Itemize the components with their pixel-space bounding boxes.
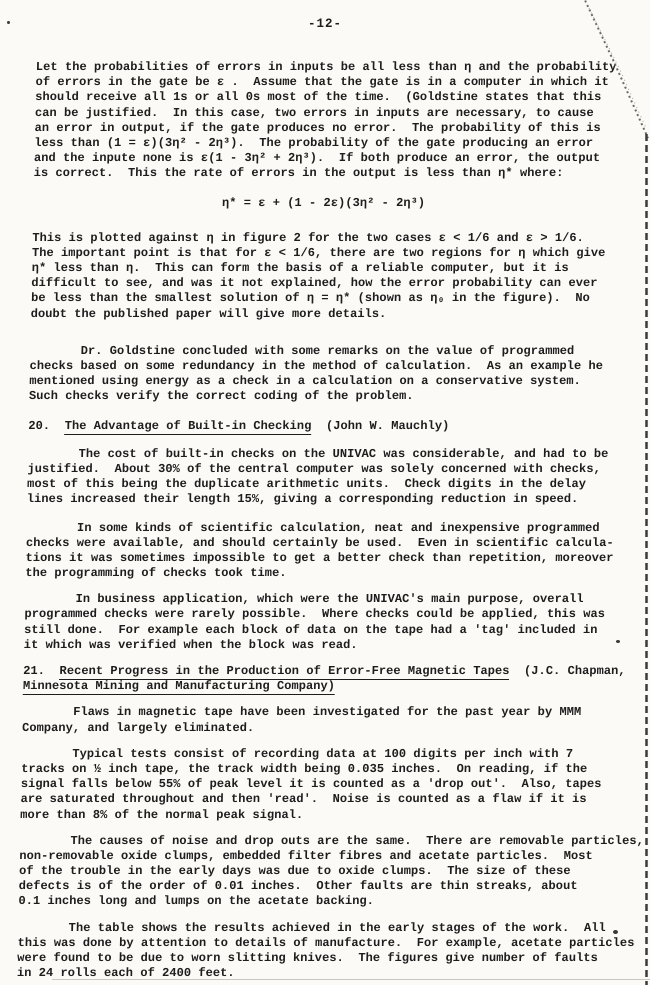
text-line: η* less than η. This can form the basis … <box>31 261 645 276</box>
document-page: -12- Let the probabilities of errors in … <box>0 0 650 985</box>
text-line: be less than the smallest solution of η … <box>31 291 645 306</box>
paragraph-block: Typical tests consist of recording data … <box>20 747 636 823</box>
text-line: signal falls below 55% of peak level it … <box>21 777 635 792</box>
heading-block: 21. Recent Progress in the Production of… <box>23 664 638 694</box>
text-line: less than (1 = ε)(3η² - 2η³). The probab… <box>34 136 648 151</box>
formula-line: η* = ε + (1 - 2ε)(3η² - 2η³) <box>33 196 614 211</box>
formula-block: η* = ε + (1 - 2ε)(3η² - 2η³) <box>33 196 647 211</box>
heading-plain-text: (J.C. Chapman, <box>509 664 625 678</box>
text-line: In business application, which were the … <box>25 592 639 607</box>
text-line: more than 8% of the normal peak signal. <box>20 808 634 823</box>
section-heading-line: Minnesota Mining and Manufacturing Compa… <box>23 679 637 694</box>
text-line: tracks on ½ inch tape, the track width b… <box>21 762 635 777</box>
text-line: The causes of noise and drop outs are th… <box>19 834 633 849</box>
paragraph-block: The cost of built-in checks on the UNIVA… <box>27 447 642 508</box>
text-line: still done. For example each block of da… <box>24 623 638 638</box>
text-line: Company, and largely eliminated. <box>22 721 636 736</box>
text-line: The cost of built-in checks on the UNIVA… <box>28 447 642 462</box>
paragraph-block: In business application, which were the … <box>24 592 639 653</box>
text-line: defects is of the order of 0.01 inches. … <box>19 879 633 894</box>
heading-title-text: Minnesota Mining and Manufacturing Compa… <box>23 679 335 695</box>
text-line: is correct. This the rate of errors in t… <box>33 166 647 181</box>
paragraph-block: The table shows the results achieved in … <box>17 921 632 982</box>
text-line: 0.1 inches long and lumps on the acetate… <box>18 894 632 909</box>
paragraph-block: Let the probabilities of errors in input… <box>33 60 650 182</box>
text-line: the programming of checks took time. <box>25 566 639 581</box>
text-line: are saturated throughout and then 'read'… <box>20 792 634 807</box>
text-line: it which was verified when the block was… <box>24 638 638 653</box>
text-line: programmed checks were rarely possible. … <box>24 607 638 622</box>
scan-speck <box>616 640 620 643</box>
text-line: checks based on some redundancy in the m… <box>29 359 643 374</box>
paragraph-block: Flaws in magnetic tape have been investi… <box>22 705 637 735</box>
heading-plain-text: 20. <box>28 419 65 433</box>
scan-speck <box>613 930 618 934</box>
text-line: an error in output, if the gate produces… <box>34 121 648 136</box>
scan-speck <box>7 21 10 24</box>
text-line: doubt the published paper will give more… <box>31 307 645 322</box>
text-line: Typical tests consist of recording data … <box>21 747 635 762</box>
text-line: of the trouble in the early days was due… <box>19 864 633 879</box>
heading-block: 20. The Advantage of Built-in Checking (… <box>28 419 642 434</box>
page-number: -12- <box>0 17 650 31</box>
text-line: mentioned using energy as a check in a c… <box>29 374 643 389</box>
paragraph-block: Dr. Goldstine concluded with some remark… <box>29 344 644 405</box>
text-line: of errors in the gate be ε . Assume that… <box>35 75 649 90</box>
heading-plain-text: 21. <box>23 664 60 678</box>
text-line: justified. About 30% of the central comp… <box>27 462 641 477</box>
text-line: should receive all 1s or all 0s most of … <box>35 90 649 105</box>
document-content: Let the probabilities of errors in input… <box>0 60 650 981</box>
text-line: checks were available, and should certai… <box>26 536 640 551</box>
text-line: and the inpute none is ε(1 - 3η² + 2η³).… <box>34 151 648 166</box>
text-line: This is plotted against η in figure 2 fo… <box>32 231 646 246</box>
paragraph-block: This is plotted against η in figure 2 fo… <box>31 231 647 322</box>
text-line: this was done by attention to details of… <box>17 936 631 951</box>
text-line: The table shows the results achieved in … <box>18 921 632 936</box>
text-line: can be justified. In this case, two erro… <box>35 106 649 121</box>
text-line: tions it was sometimes impossible to get… <box>25 551 639 566</box>
text-line: Let the probabilities of errors in input… <box>36 60 650 75</box>
text-line: Flaws in magnetic tape have been investi… <box>22 705 636 720</box>
heading-title-text: The Advantage of Built-in Checking <box>64 419 311 435</box>
text-line: In some kinds of scientific calculation,… <box>26 521 640 536</box>
text-line: Such checks verify the correct coding of… <box>29 389 643 404</box>
section-heading-line: 20. The Advantage of Built-in Checking (… <box>28 419 642 434</box>
heading-title-text: Recent Progress in the Production of Err… <box>59 664 509 680</box>
section-heading-line: 21. Recent Progress in the Production of… <box>23 664 637 679</box>
text-line: difficult to see, and was it not explain… <box>31 276 645 291</box>
text-line: lines increased their length 15%, giving… <box>27 492 641 507</box>
paragraph-block: In some kinds of scientific calculation,… <box>25 521 640 582</box>
text-line: non-removable oxide clumps, embedded fil… <box>19 849 633 864</box>
heading-plain-text: (John W. Mauchly) <box>311 419 449 433</box>
text-line: were found to be due to worn slitting kn… <box>17 951 631 966</box>
paragraph-block: The causes of noise and drop outs are th… <box>18 834 634 910</box>
text-line: The important point is that for ε < 1/6,… <box>32 246 646 261</box>
text-line: Dr. Goldstine concluded with some remark… <box>30 344 644 359</box>
scan-edge-line <box>52 979 650 980</box>
text-line: most of this being the duplicate arithme… <box>27 477 641 492</box>
